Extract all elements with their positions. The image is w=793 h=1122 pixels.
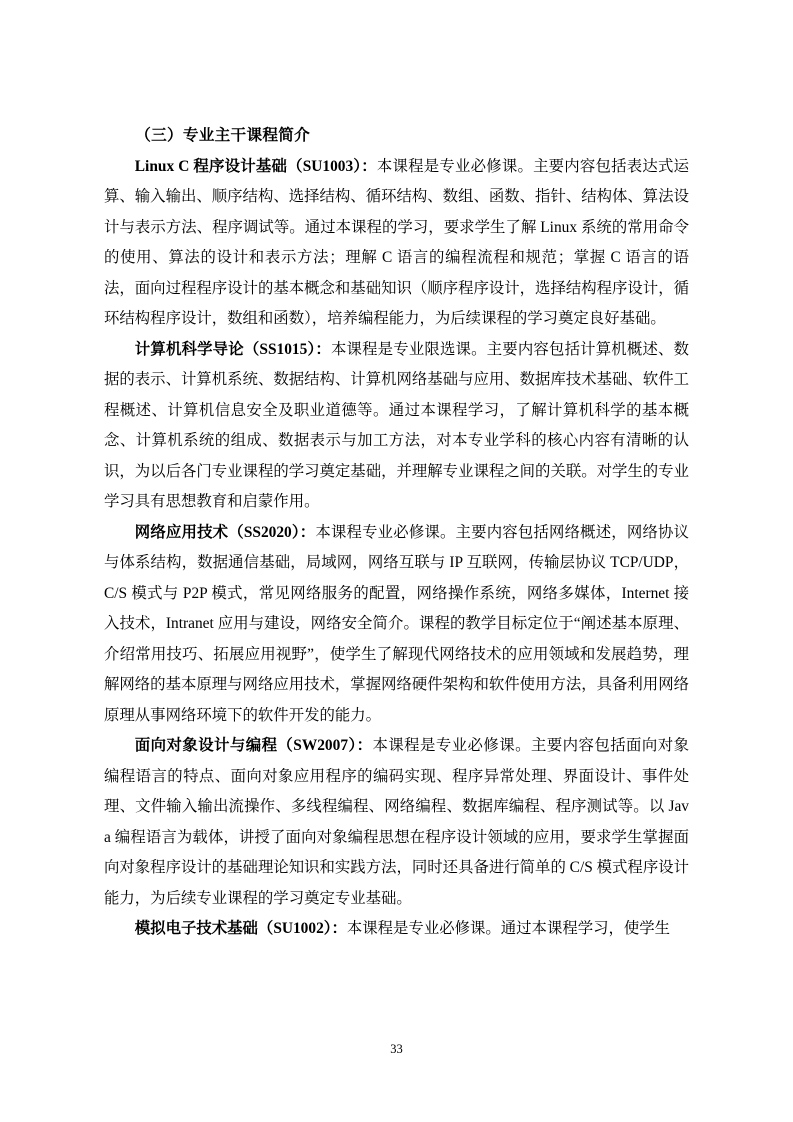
course-title-code: 计算机科学导论（SS1015）： bbox=[135, 341, 331, 358]
section-heading: （三）专业主干课程简介 bbox=[104, 121, 689, 152]
course-title-code: 模拟电子技术基础（SU1002）： bbox=[135, 920, 347, 937]
course-title-code: Linux C 程序设计基础（SU1003）： bbox=[135, 158, 377, 175]
document-page: （三）专业主干课程简介 Linux C 程序设计基础（SU1003）：本课程是专… bbox=[0, 0, 793, 1122]
page-content: （三）专业主干课程简介 Linux C 程序设计基础（SU1003）：本课程是专… bbox=[104, 121, 689, 945]
course-description: 本课程是专业必修课。通过本课程学习，使学生 bbox=[347, 920, 670, 937]
page-number: 33 bbox=[0, 1041, 793, 1057]
course-description: 本课程专业必修课。主要内容包括网络概述，网络协议与体系结构，数据通信基础，局域网… bbox=[104, 524, 689, 724]
course-title-code: 面向对象设计与编程（SW2007）： bbox=[135, 737, 373, 754]
course-title-code: 网络应用技术（SS2020）： bbox=[135, 524, 316, 541]
course-description: 本课程是专业必修课。主要内容包括面向对象编程语言的特点、面向对象应用程序的编码实… bbox=[104, 737, 689, 907]
course-paragraph: 计算机科学导论（SS1015）：本课程是专业限选课。主要内容包括计算机概述、数据… bbox=[104, 335, 689, 518]
course-description: 本课程是专业限选课。主要内容包括计算机概述、数据的表示、计算机系统、数据结构、计… bbox=[104, 341, 689, 511]
course-paragraph: 面向对象设计与编程（SW2007）：本课程是专业必修课。主要内容包括面向对象编程… bbox=[104, 731, 689, 914]
course-paragraph: Linux C 程序设计基础（SU1003）：本课程是专业必修课。主要内容包括表… bbox=[104, 152, 689, 335]
course-paragraph: 模拟电子技术基础（SU1002）：本课程是专业必修课。通过本课程学习，使学生 bbox=[104, 914, 689, 945]
course-paragraph: 网络应用技术（SS2020）：本课程专业必修课。主要内容包括网络概述，网络协议与… bbox=[104, 518, 689, 732]
course-description: 本课程是专业必修课。主要内容包括表达式运算、输入输出、顺序结构、选择结构、循环结… bbox=[104, 158, 689, 328]
